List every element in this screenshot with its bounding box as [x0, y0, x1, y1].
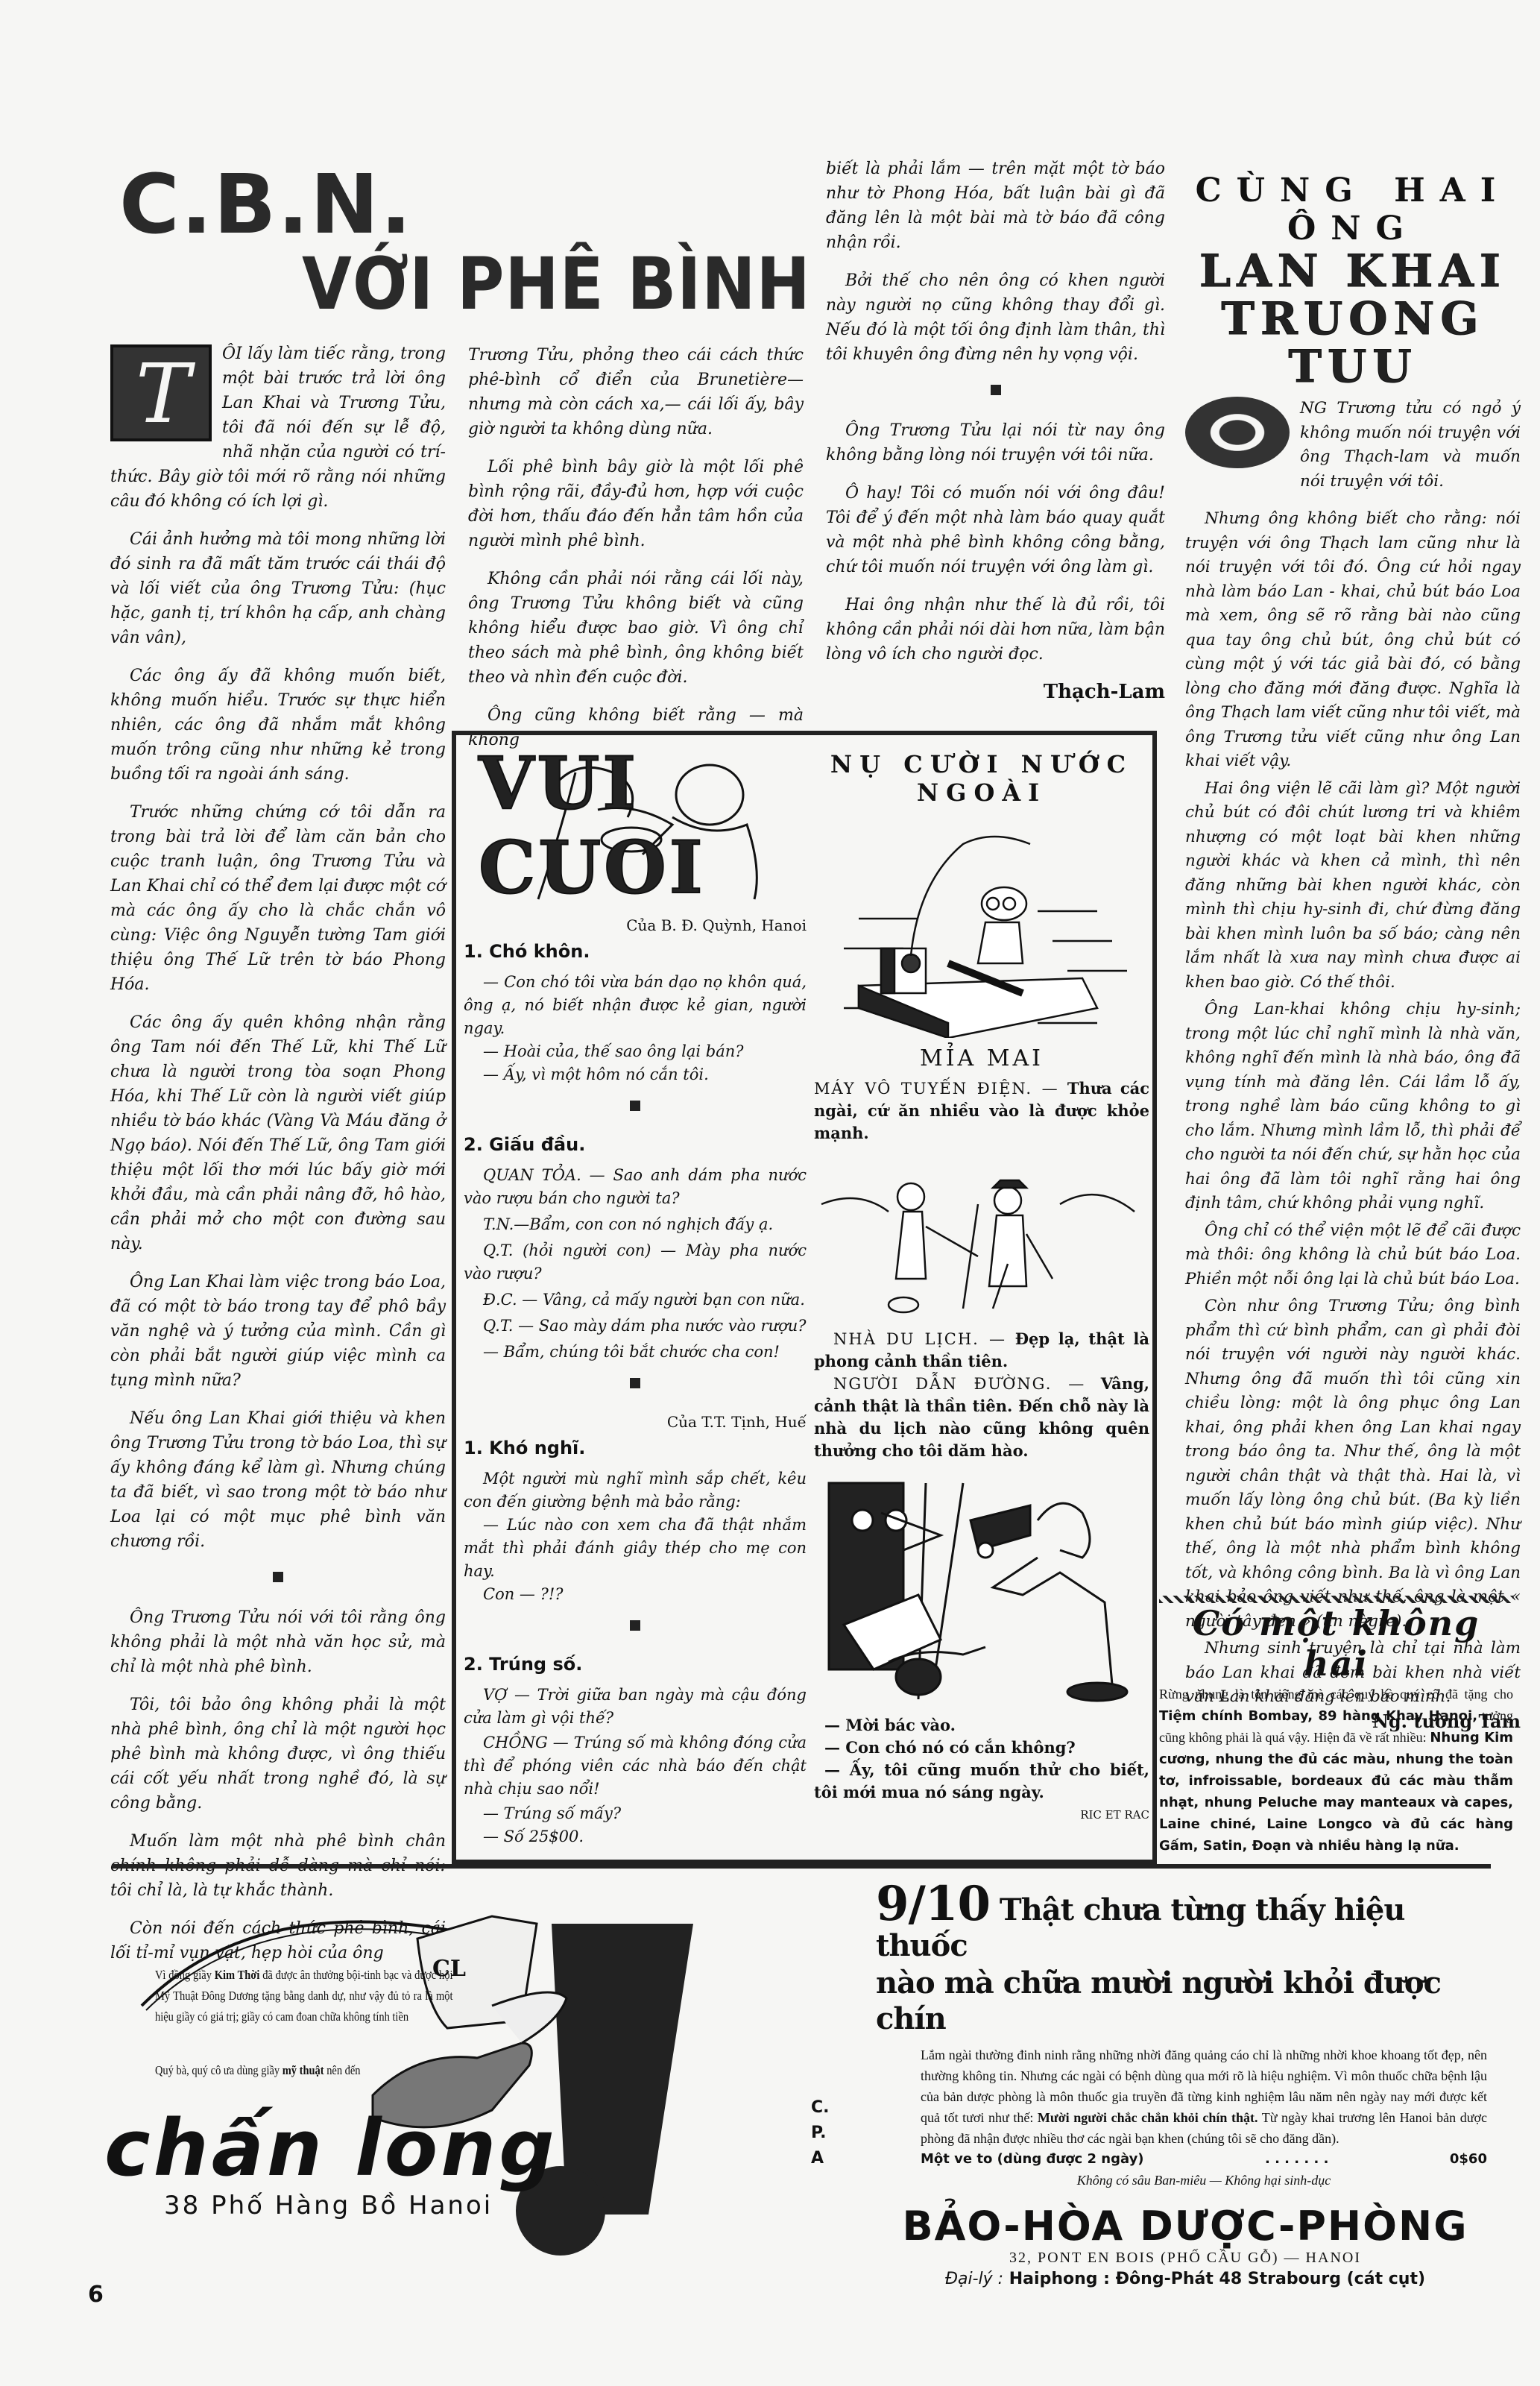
ad-shoes-brand: chấn long: [104, 2103, 558, 2194]
ad-pharmacy-price-row: Một ve to (dùng được 2 ngày) . . . . . .…: [921, 2149, 1487, 2170]
cartoon-dialogue: — Mời bác vào. — Con chó nó có cắn không…: [814, 1714, 1149, 1826]
article-paragraph: Ô hay! Tôi có muốn nói với ông đâu! Tôi …: [826, 481, 1165, 579]
joke-line: — Con chó tôi vừa bán dạo nọ khôn quá, ô…: [464, 971, 807, 1040]
article-column-2: Trương Tửu, phỏng theo cái cách thức phê…: [468, 343, 804, 766]
page-number: 6: [88, 2282, 104, 2308]
joke-line: — Số 25$00.: [464, 1825, 807, 1848]
article-paragraph: Không cần phải nói rằng cái lối này, ông…: [468, 567, 804, 690]
vui-cuoi-illustration: VUI CUOI: [464, 743, 807, 914]
article-column-3: biết là phải lắm — trên mặt một tờ báo n…: [826, 157, 1165, 705]
dropcap-t-icon: [110, 344, 212, 441]
decorative-border: [1159, 1596, 1513, 1603]
ad-pharmacy-headline-2: nào mà chữa mười người khỏi được chín: [876, 1965, 1495, 2037]
byline: Của B. Đ. Quỳnh, Hanoi: [464, 914, 807, 937]
article-right: CÙNG HAI ÔNG LAN KHAI TRUONG TUU NG Trươ…: [1185, 171, 1521, 1734]
foreign-humor-section: NỤ CƯỜI NƯỚC NGOÀI MỈA MAI: [814, 750, 1149, 1826]
article-paragraph: Các ông ấy quên không nhận rằng ông Tam …: [110, 1010, 446, 1256]
ad-pharmacy-price: 0$60: [1450, 2149, 1487, 2170]
ad-shoes-address: 38 Phố Hàng Bồ Hanoi: [164, 2191, 493, 2220]
cartoon-caption: NHÀ DU LỊCH. — Đẹp lạ, thật là phong cản…: [814, 1328, 1149, 1462]
article-paragraph: Trước những chứng cớ tôi dẫn ra trong bà…: [110, 800, 446, 997]
ad-agency-mark: C.P.A: [811, 2095, 826, 2171]
vui-cuoi-content: Của B. Đ. Quỳnh, Hanoi 1. Chó khôn. — Co…: [464, 914, 807, 1848]
joke-line: Đ.C. — Vâng, cả mấy người bạn con nữa.: [464, 1288, 807, 1312]
heading-cung-hai-ong: CÙNG HAI ÔNG: [1185, 171, 1521, 248]
article-paragraph: Cái ảnh hưởng mà tôi mong những lời đó s…: [110, 527, 446, 650]
joke-line: — Bẩm, chúng tôi bắt chước cha con!: [464, 1341, 807, 1364]
author-signature: Thạch-Lam: [826, 680, 1165, 705]
ad-velvet-title: Có một không hai: [1159, 1603, 1513, 1684]
cartoon-label-mia-mai: MỈA MAI: [814, 1045, 1149, 1071]
joke-line: VỢ — Trời giữa ban ngày mà cậu đóng cửa …: [464, 1684, 807, 1730]
joke-line: Con — ?!?: [464, 1583, 807, 1606]
heading-lan-khai: LAN KHAI: [1185, 248, 1521, 295]
joke-line: — Lúc nào con xem cha đã thật nhắm mắt t…: [464, 1514, 807, 1583]
joke-heading: 2. Trúng số.: [464, 1653, 807, 1676]
article-paragraph: Ông chỉ có thể viện một lẽ để cãi được m…: [1185, 1219, 1521, 1292]
article-title-cbn: C.B.N.: [119, 157, 413, 252]
article-paragraph: Tôi, tôi bảo ông không phải là một nhà p…: [110, 1693, 446, 1816]
ad-velvet-body: Rừng nhung là tên riêng mà các quý bà qu…: [1159, 1684, 1513, 1857]
humor-box: VUI CUOI Của B. Đ. Quỳnh, Hanoi 1. Chó k…: [452, 731, 1157, 1864]
ad-shoes-chan-long: CL Vì đồng giầy Kim Thời đã được ân thưở…: [104, 1872, 865, 2259]
joke-line: CHỒNG — Trúng số mà không đóng cửa thì đ…: [464, 1731, 807, 1801]
article-paragraph: Ông Lan Khai làm việc trong báo Loa, đã …: [110, 1270, 446, 1393]
article-paragraph: Trương Tửu, phỏng theo cái cách thức phê…: [468, 343, 804, 441]
article-paragraph: Lối phê bình bây giờ là một lối phê bình…: [468, 455, 804, 553]
cartoon-credit: RIC ET RAC: [814, 1804, 1149, 1826]
article-paragraph: Hai ông viện lẽ cãi làm gì? Một người ch…: [1185, 777, 1521, 995]
article-right-body: NG Trương tửu có ngỏ ý không muốn nói tr…: [1185, 397, 1521, 1734]
article-paragraph: Ông Trương Tửu lại nói từ nay ông không …: [826, 418, 1165, 468]
ad-pharmacy-headline: 9/10 Thật chưa từng thấy hiệu thuốc: [876, 1886, 1495, 1964]
article-paragraph: Ông Lan-khai không chịu hy-sinh; trong m…: [1185, 998, 1521, 1216]
ad-pharmacy-name: BẢO-HÒA DƯỢC-PHÒNG: [876, 2203, 1495, 2250]
cartoon-dog-door: [814, 1476, 1149, 1714]
byline: Của T.T. Tịnh, Huế: [464, 1411, 807, 1434]
joke-line: Q.T. (hỏi người con) — Mày pha nước vào …: [464, 1239, 807, 1285]
ad-pharmacy-ratio: 9/10: [876, 1876, 990, 1932]
cartoon-caption: MÁY VÔ TUYẾN ĐIỆN. — Thưa các ngài, cứ ă…: [814, 1077, 1149, 1145]
dropcap-o-icon: [1185, 397, 1290, 468]
section-separator-icon: [110, 1567, 446, 1592]
cartoon-travellers: [814, 1159, 1149, 1323]
article-paragraph: Ông Trương Tửu nói với tôi rằng ông khôn…: [110, 1605, 446, 1679]
section-separator-icon: [826, 380, 1165, 405]
ad-shoes-text: Vì đồng giầy Kim Thời đã được ân thưởng …: [155, 1965, 453, 2081]
article-paragraph: Nếu ông Lan Khai giới thiệu và khen ông …: [110, 1406, 446, 1554]
joke-line: — Ấy, vì một hôm nó cắn tôi.: [464, 1063, 807, 1086]
article-paragraph: ÔI lấy làm tiếc rằng, trong một bài trướ…: [110, 341, 446, 514]
ad-pharmacy-address: 32, PONT EN BOIS (PHỐ CẦU GỖ) — HANOI: [876, 2250, 1495, 2267]
foreign-humor-title: NỤ CƯỜI NƯỚC NGOÀI: [814, 750, 1149, 807]
vui-cuoi-section: VUI CUOI Của B. Đ. Quỳnh, Hanoi 1. Chó k…: [464, 743, 807, 1848]
ad-pharmacy-bao-hoa: 9/10 Thật chưa từng thấy hiệu thuốc nào …: [876, 1886, 1495, 2288]
cartoon-radio-raft: [814, 814, 1149, 1038]
section-separator-icon: [464, 1097, 807, 1120]
ad-pharmacy-note: Không có sâu Ban-miêu — Không hại sinh-d…: [921, 2170, 1487, 2191]
ad-pharmacy-agent: Đại-lý : Haiphong : Đông-Phát 48 Strabou…: [876, 2270, 1495, 2288]
joke-heading: 2. Giấu đầu.: [464, 1133, 807, 1156]
ad-pharmacy-body: Lắm ngài thường đinh ninh rằng những nhờ…: [921, 2045, 1487, 2191]
section-separator-icon: [464, 1374, 807, 1397]
heading-truong-tuu: TRUONG TUU: [1185, 295, 1521, 391]
article-paragraph: Bởi thế cho nên ông có khen người này ng…: [826, 268, 1165, 367]
joke-line: Một người mù nghĩ mình sắp chết, kêu con…: [464, 1467, 807, 1514]
article-paragraph: Các ông ấy đã không muốn biết, không muố…: [110, 664, 446, 787]
vui-cuoi-title: VUI CUOI: [479, 741, 807, 910]
article-paragraph: Nhưng ông không biết cho rằng: nói truyệ…: [1185, 507, 1521, 774]
joke-line: Q.T. — Sao mày dám pha nước vào rượu?: [464, 1315, 807, 1338]
ad-top-rule: [112, 1864, 1491, 1869]
article-title-voi-phe-binh: VỚI PHÊ BÌNH: [302, 242, 811, 326]
joke-line: — Trúng số mấy?: [464, 1802, 807, 1825]
radio-raft-cartoon-icon: [814, 814, 1149, 1038]
article-paragraph: Còn như ông Trương Tửu; ông bình phẩm th…: [1185, 1294, 1521, 1634]
dog-door-cartoon-icon: [814, 1476, 1149, 1714]
article-paragraph: Hai ông nhận như thế là đủ rồi, tôi khôn…: [826, 593, 1165, 667]
joke-heading: 1. Chó khôn.: [464, 940, 807, 963]
article-paragraph: biết là phải lắm — trên mặt một tờ báo n…: [826, 157, 1165, 255]
article-column-1: ÔI lấy làm tiếc rằng, trong một bài trướ…: [110, 341, 446, 1979]
joke-line: — Hoài của, thế sao ông lại bán?: [464, 1040, 807, 1063]
joke-line: T.N.—Bẩm, con con nó nghịch đấy ạ.: [464, 1213, 807, 1236]
joke-line: QUAN TỎA. — Sao anh dám pha nước vào rượ…: [464, 1164, 807, 1210]
joke-heading: 1. Khó nghĩ.: [464, 1437, 807, 1460]
section-separator-icon: [464, 1617, 807, 1640]
ad-velvet-bombay: Có một không hai Rừng nhung là tên riêng…: [1159, 1596, 1513, 1857]
article-paragraph: NG Trương tửu có ngỏ ý không muốn nói tr…: [1185, 397, 1521, 494]
travellers-cartoon-icon: [814, 1159, 1149, 1323]
